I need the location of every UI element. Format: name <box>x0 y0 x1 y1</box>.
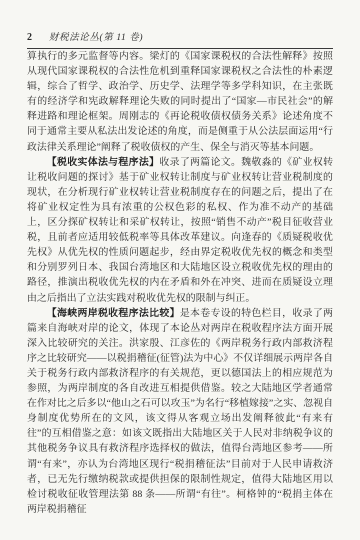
paragraph: 算执行的多元监督等内容。梁灯的《国家课税权的合法性解释》按照从现代国家课税权的合… <box>27 49 333 155</box>
running-header: 2 财税法论丛(第 11 卷) <box>27 29 333 49</box>
section-heading: 【海峡两岸税收程序法比较】 <box>47 308 180 319</box>
scanned-book-page: { "page": { "header": { "page_number": "… <box>0 0 360 540</box>
body-paragraphs: 算执行的多元监督等内容。梁灯的《国家课税权的合法性解释》按照从现代国家课税权的合… <box>27 49 333 517</box>
paragraph: 【海峡两岸税收程序法比较】是本卷专设的特色栏目，收录了两篇来自海峡对岸的论文，体… <box>27 306 333 517</box>
page: 2 财税法论丛(第 11 卷) 算执行的多元监督等内容。梁灯的《国家课税权的合法… <box>27 0 333 540</box>
page-number: 2 <box>27 32 32 43</box>
book-title: 财税法论丛(第 11 卷) <box>49 29 143 43</box>
paragraph: 【税收实体法与程序法】收录了两篇论文。魏敬淼的《矿业权转让税收问题的探讨》基于矿… <box>27 155 333 306</box>
section-heading: 【税收实体法与程序法】 <box>47 157 160 168</box>
